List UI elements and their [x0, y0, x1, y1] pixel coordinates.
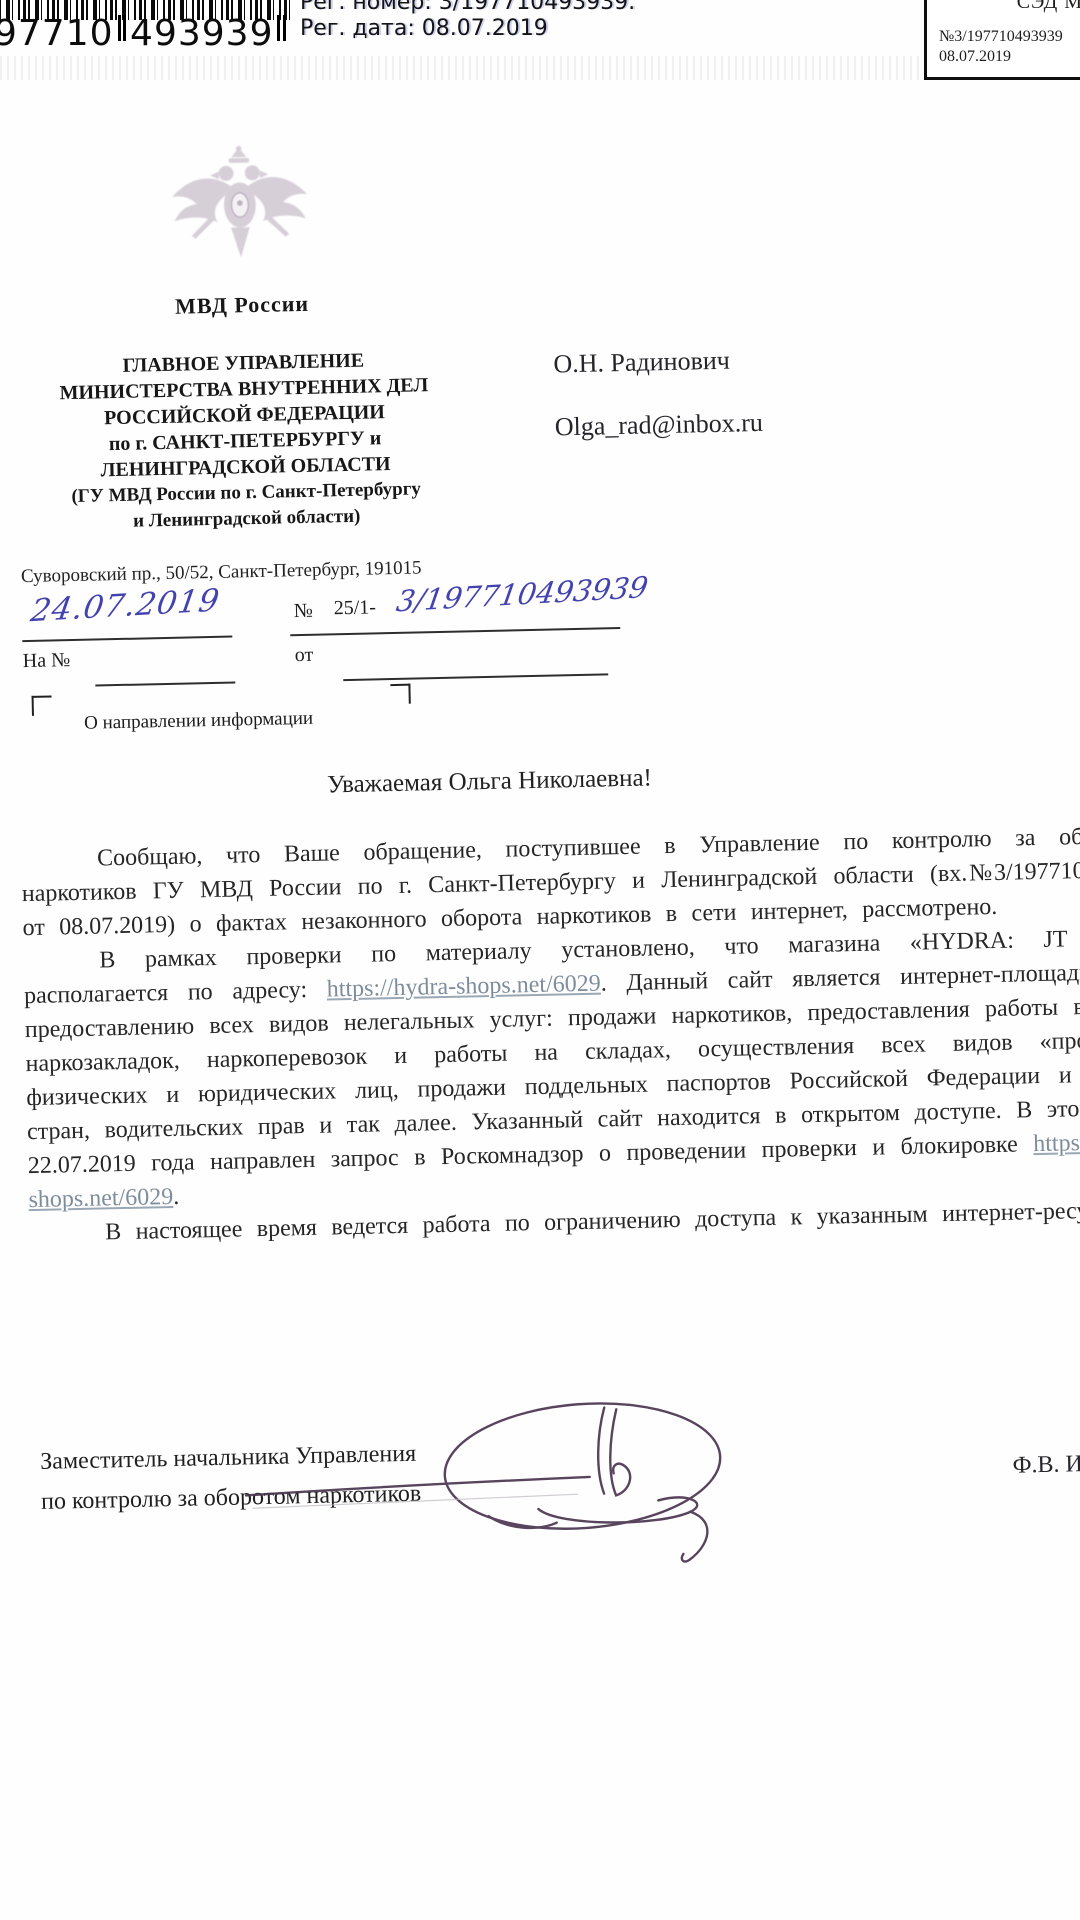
- hydra-link-1: https://hydra-shops.net/6029: [326, 971, 600, 1003]
- subject-line: О направлении информации: [84, 708, 313, 735]
- number-prefix: 25/1-: [333, 596, 376, 620]
- body-text-segment: .: [173, 1184, 180, 1210]
- date-underline: [22, 636, 232, 643]
- number-label: №: [294, 600, 314, 623]
- letter-body: Сообщаю, что Ваше обращение, поступившее…: [21, 818, 1080, 1251]
- handwritten-date: 24.07.2019: [28, 582, 222, 629]
- corner-bracket-left-icon: [32, 695, 52, 715]
- corner-bracket-right-icon: [390, 684, 410, 704]
- from-label: от: [294, 644, 313, 667]
- emblem-caption: МВД России: [7, 287, 477, 323]
- mvd-emblem-icon: [163, 134, 316, 282]
- salutation: Уважаемая Ольга Николаевна!: [19, 758, 959, 806]
- recipient-email: Olga_rad@inbox.ru: [554, 408, 763, 443]
- scanned-letter-page: 97710 493939 Рег. номер: 3/197710493939.…: [0, 0, 1080, 1920]
- number-underline: [290, 627, 620, 636]
- signature-scribble-icon: [236, 1392, 760, 1588]
- letterhead: МВД России ГЛАВНОЕ УПРАВЛЕНИЕ МИНИСТЕРСТ…: [7, 287, 482, 537]
- document-scan: МВД России ГЛАВНОЕ УПРАВЛЕНИЕ МИНИСТЕРСТ…: [0, 0, 1080, 1920]
- body-paragraph-2: В рамках проверки по материалу установле…: [23, 920, 1080, 1217]
- on-number-underline: [95, 681, 235, 686]
- recipient-name: О.Н. Радинович: [553, 346, 730, 380]
- from-underline: [343, 673, 608, 681]
- signer-name: Ф.В. Иванов: [1012, 1450, 1080, 1480]
- handwritten-number: 3/197710493939: [394, 570, 650, 618]
- on-number-label: На №: [23, 649, 71, 673]
